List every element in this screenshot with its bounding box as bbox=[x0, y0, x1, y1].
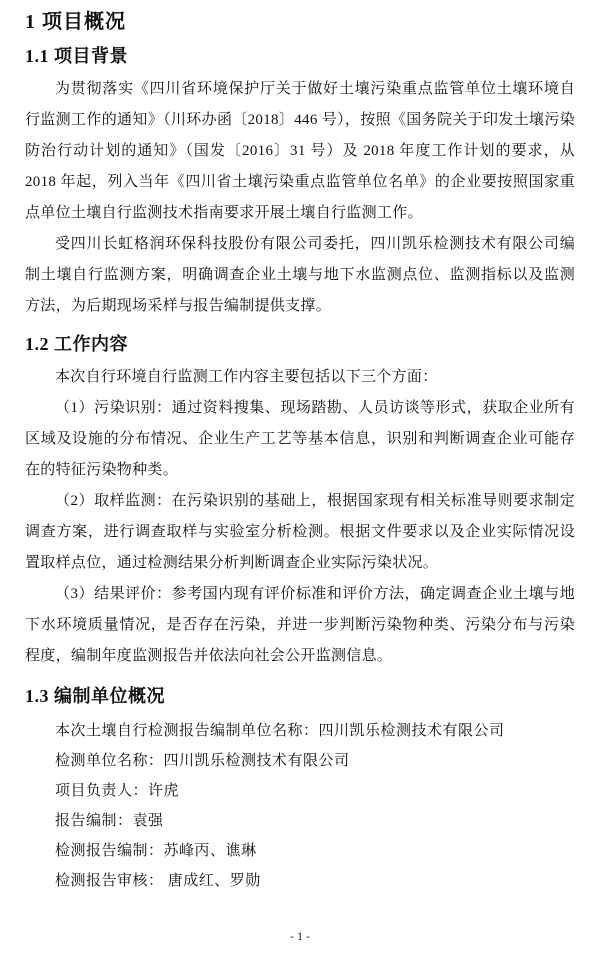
test-unit-line: 检测单位名称：四川凯乐检测技术有限公司 bbox=[25, 746, 575, 776]
section-1-2-item-2: （2）取样监测：在污染识别的基础上，根据国家现有相关标准导则要求制定调查方案，进… bbox=[25, 486, 575, 579]
section-1-2-item-3: （3）结果评价：参考国内现有评价标准和评价方法，确定调查企业土壤与地下水环境质量… bbox=[25, 579, 575, 672]
section-1-1-heading: 1.1 项目背景 bbox=[25, 44, 575, 68]
section-1-1-paragraph-1: 为贯彻落实《四川省环境保护厅关于做好土壤污染重点监管单位土壤环境自行监测工作的通… bbox=[25, 74, 575, 229]
page-number: - 1 - bbox=[0, 929, 600, 944]
section-1-2-intro: 本次自行环境自行监测工作内容主要包括以下三个方面： bbox=[25, 362, 575, 393]
section-1-1-paragraph-2: 受四川长虹格润环保科技股份有限公司委托，四川凯乐检测技术有限公司编制土壤自行监测… bbox=[25, 229, 575, 322]
report-author-line: 报告编制：袁强 bbox=[25, 806, 575, 836]
document-page: 1 项目概况 1.1 项目背景 为贯彻落实《四川省环境保护厅关于做好土壤污染重点… bbox=[0, 0, 600, 958]
report-unit-line: 本次土壤自行检测报告编制单位名称：四川凯乐检测技术有限公司 bbox=[25, 716, 575, 746]
section-1-2-heading: 1.2 工作内容 bbox=[25, 332, 575, 356]
project-leader-line: 项目负责人：许虎 bbox=[25, 776, 575, 806]
chapter-heading: 1 项目概况 bbox=[25, 8, 575, 36]
section-1-3-heading: 1.3 编制单位概况 bbox=[25, 684, 575, 708]
section-1-2-item-1: （1）污染识别：通过资料搜集、现场踏勘、人员访谈等形式，获取企业所有区域及设施的… bbox=[25, 393, 575, 486]
test-report-reviewer-line: 检测报告审核： 唐成红、罗勋 bbox=[25, 866, 575, 896]
test-report-author-line: 检测报告编制：苏峰丙、谯琳 bbox=[25, 836, 575, 866]
